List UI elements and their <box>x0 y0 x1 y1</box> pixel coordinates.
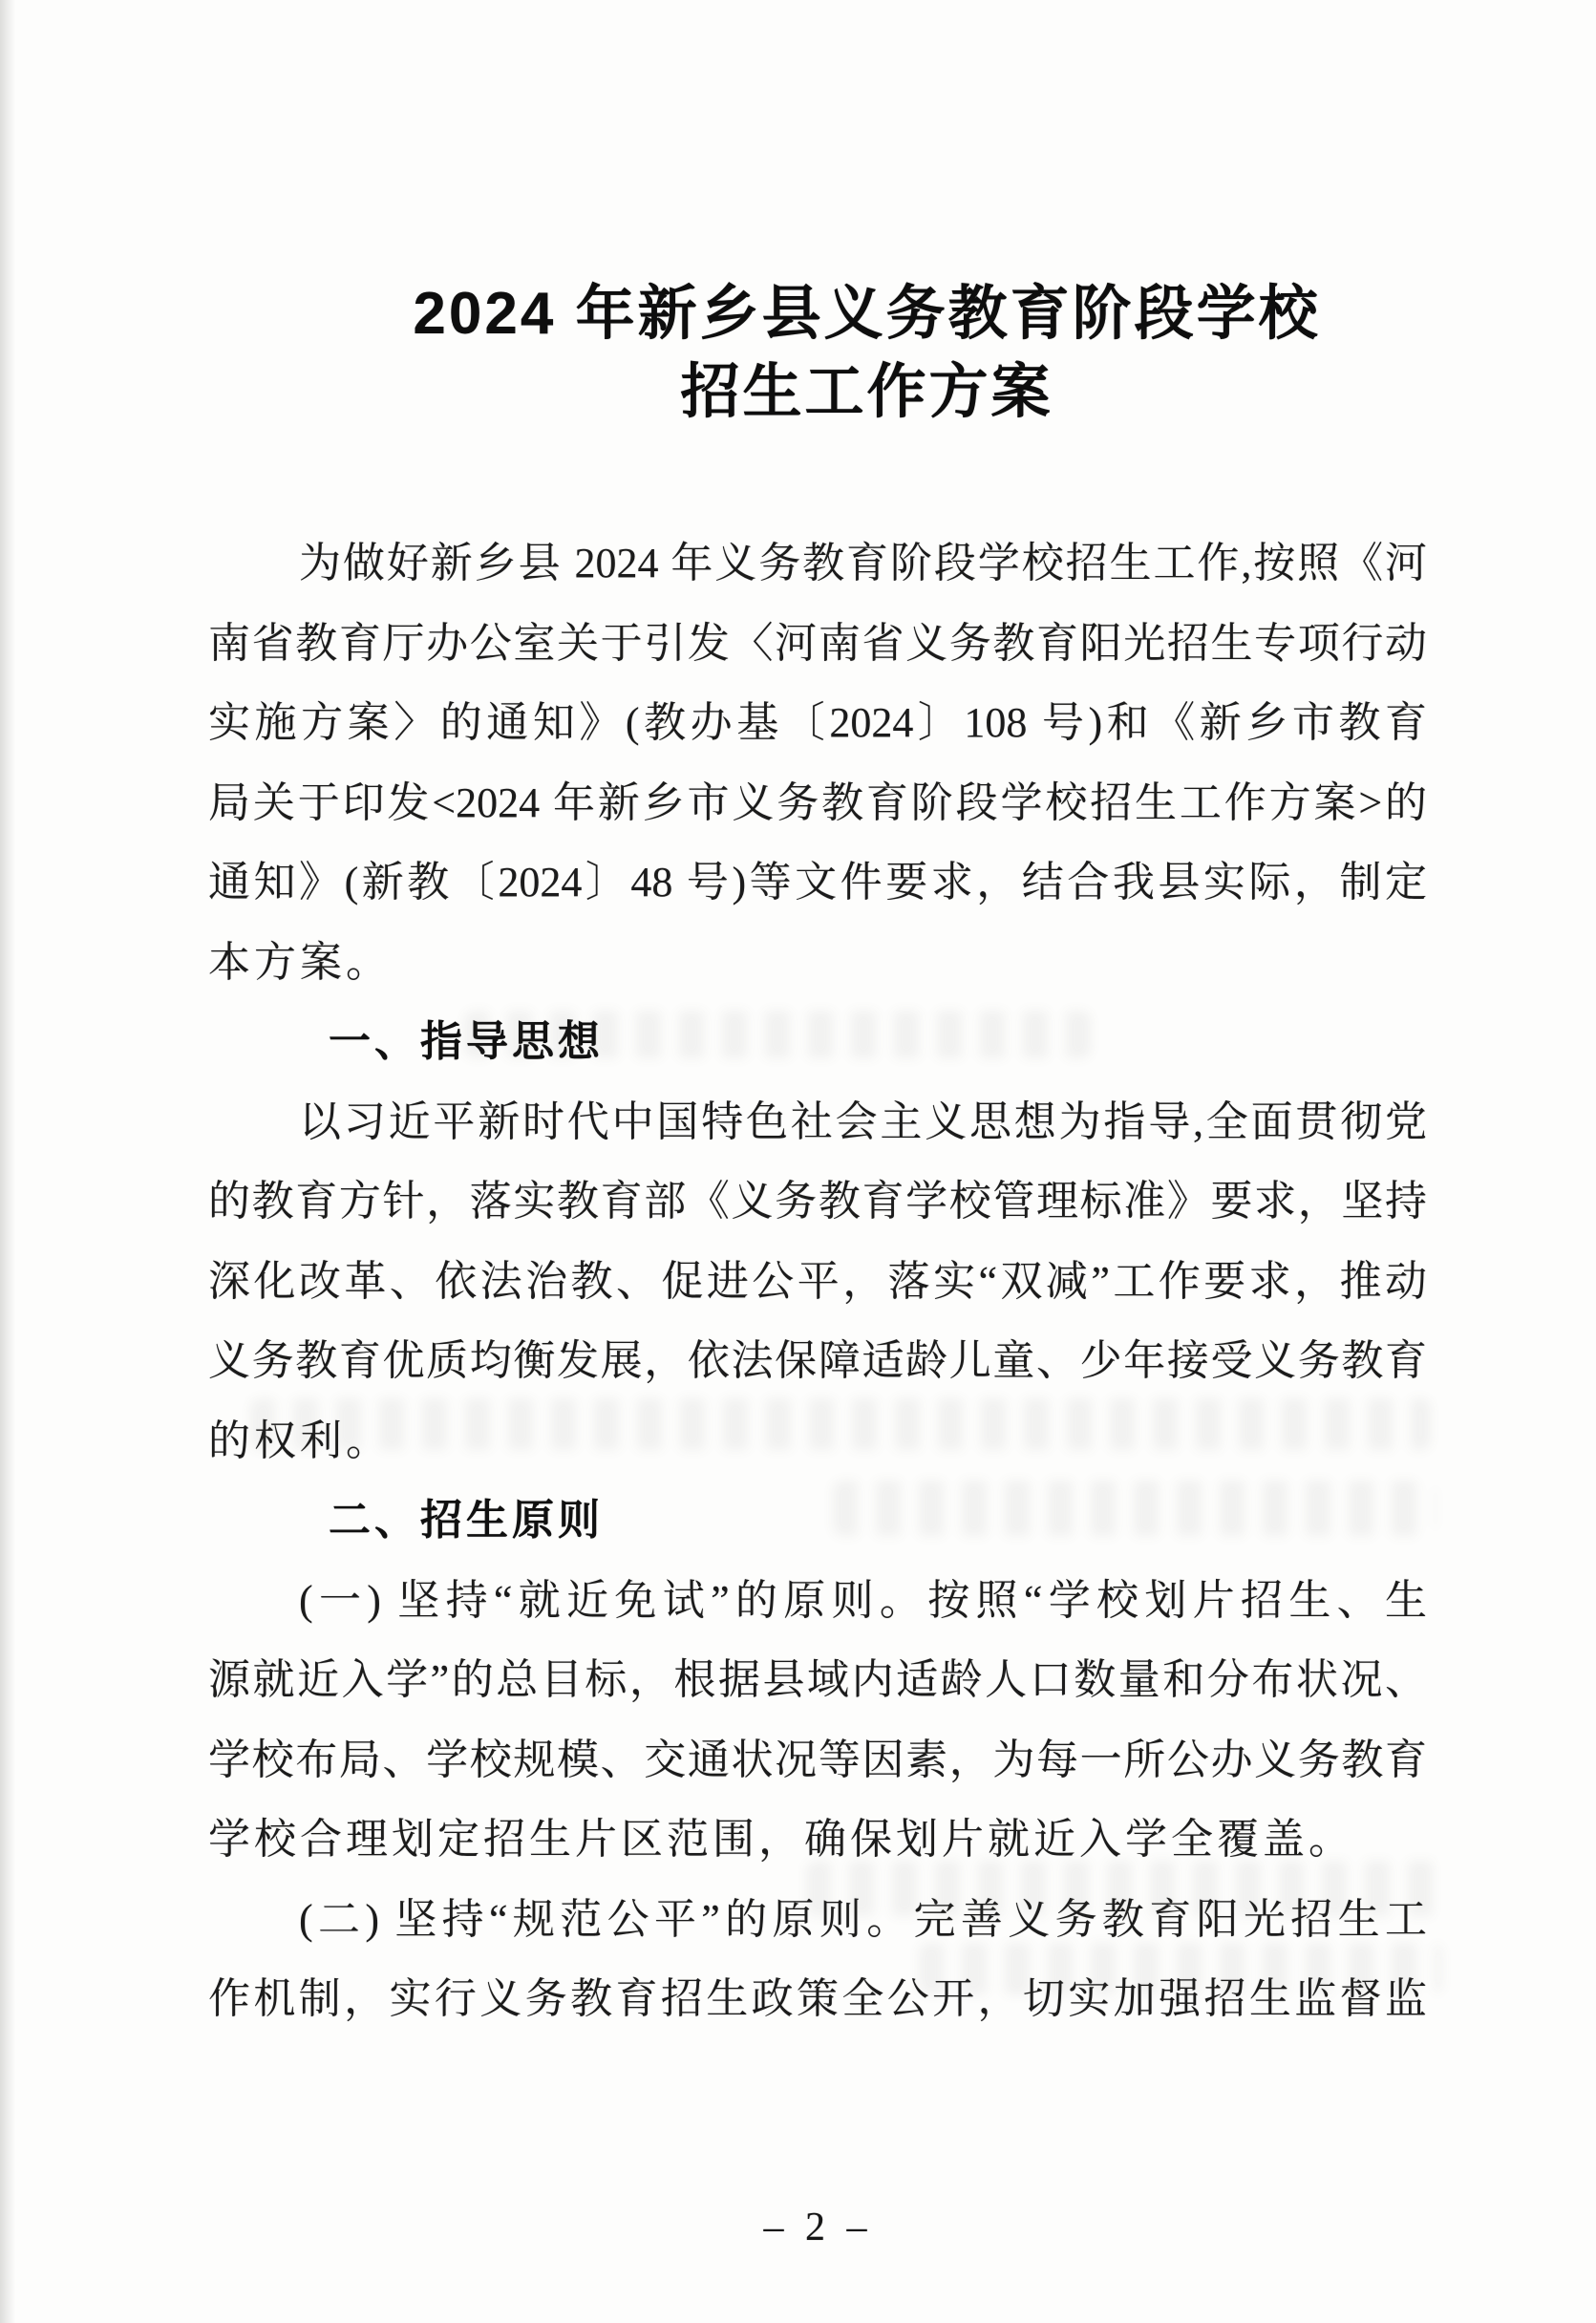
text-line: 的权利。 <box>208 1401 1427 1481</box>
text-line: 以习近平新时代中国特色社会主义思想为指导,全面贯彻党 <box>208 1082 1427 1162</box>
text-line: 深化改革、依法治教、促进公平，落实“双减”工作要求，推动 <box>208 1242 1427 1322</box>
title-line-2: 招生工作方案 <box>69 353 1596 432</box>
text-line: 学校合理划定招生片区范围，确保划片就近入学全覆盖。 <box>208 1800 1427 1880</box>
text-line: 通知》(新教〔2024〕48 号)等文件要求，结合我县实际，制定 <box>208 842 1427 923</box>
text-line: 义务教育优质均衡发展，依法保障适龄儿童、少年接受义务教育 <box>208 1321 1427 1401</box>
text-line: 源就近入学”的总目标，根据县域内适龄人口数量和分布状况、 <box>208 1640 1427 1720</box>
section-heading: 二、招生原则 <box>208 1481 1427 1561</box>
text-line: 南省教育厅办公室关于引发〈河南省义务教育阳光招生专项行动 <box>208 604 1427 684</box>
title-line-1: 2024 年新乡县义务教育阶段学校 <box>69 275 1596 353</box>
document-body: 为做好新乡县 2024 年义务教育阶段学校招生工作,按照《河南省教育厅办公室关于… <box>208 523 1427 2039</box>
text-line: 局关于印发<2024 年新乡市义务教育阶段学校招生工作方案>的 <box>208 763 1427 843</box>
document-page: 2024 年新乡县义务教育阶段学校 招生工作方案 为做好新乡县 2024 年义务… <box>0 0 1596 2323</box>
text-line: (一) 坚持“就近免试”的原则。按照“学校划片招生、生 <box>208 1561 1427 1641</box>
text-line: 为做好新乡县 2024 年义务教育阶段学校招生工作,按照《河 <box>208 523 1427 604</box>
text-line: 本方案。 <box>208 923 1427 1003</box>
text-line: (二) 坚持“规范公平”的原则。完善义务教育阳光招生工 <box>208 1880 1427 1960</box>
page-number: – 2 – <box>20 2205 1596 2250</box>
text-line: 学校布局、学校规模、交通状况等因素，为每一所公办义务教育 <box>208 1720 1427 1801</box>
section-heading: 一、指导思想 <box>208 1002 1427 1082</box>
document-title: 2024 年新乡县义务教育阶段学校 招生工作方案 <box>69 275 1596 432</box>
text-line: 的教育方针，落实教育部《义务教育学校管理标准》要求，坚持 <box>208 1161 1427 1242</box>
text-line: 作机制，实行义务教育招生政策全公开，切实加强招生监督监 <box>208 1959 1427 2039</box>
text-line: 实施方案〉的通知》(教办基〔2024〕108 号)和《新乡市教育 <box>208 683 1427 763</box>
